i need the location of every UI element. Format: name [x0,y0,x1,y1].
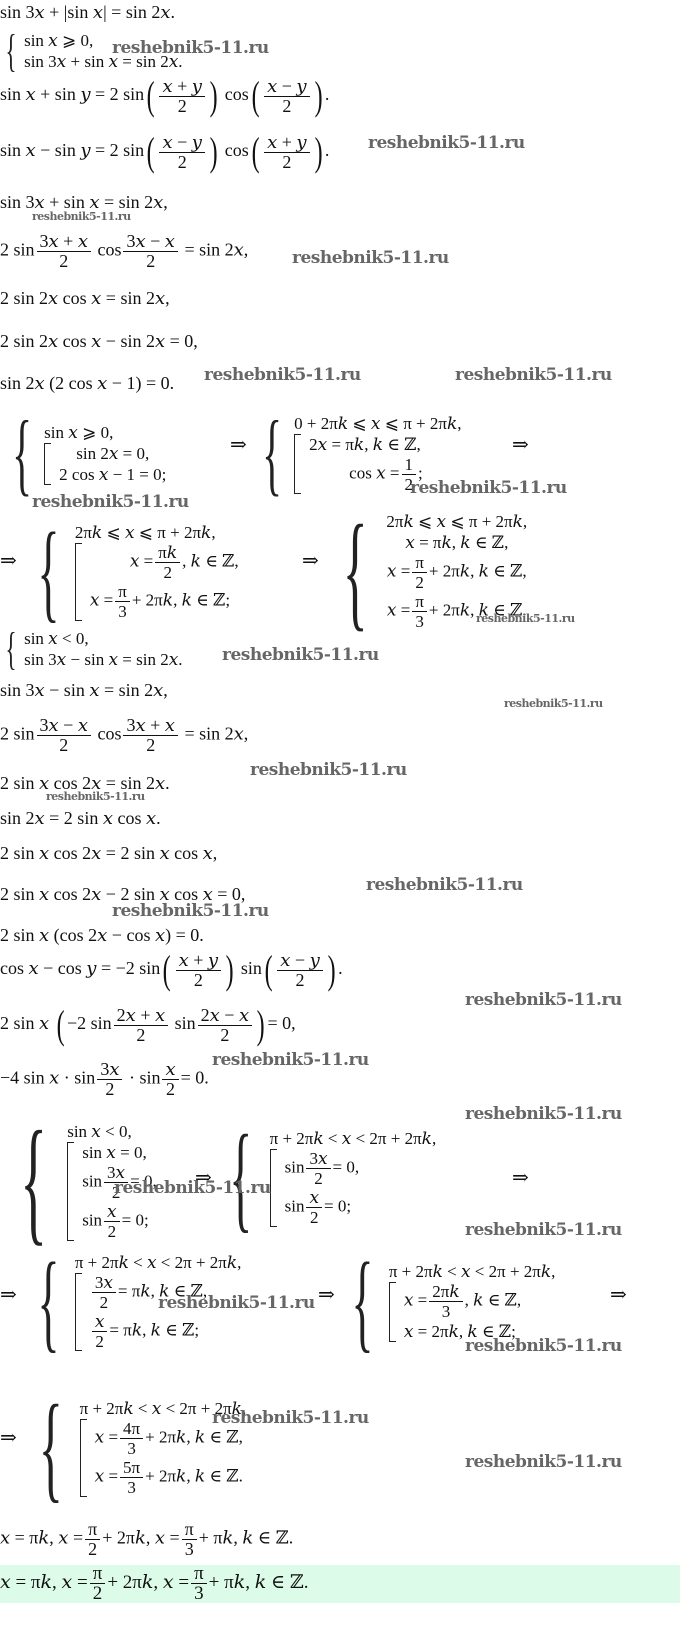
watermark: reshebnik5-11.ru [212,1408,369,1428]
curly-brace-icon: { [351,1238,373,1365]
implies-arrow-icon: ⇒ [318,1282,335,1307]
curly-brace-icon: { [12,400,32,506]
watermark: reshebnik5-11.ru [32,210,131,223]
system-case-2-step: { π + 2π𝑘 < 𝑥 < 2π + 2π𝑘, sin3𝑥2= 0, sin… [212,1108,436,1246]
watermark: reshebnik5-11.ru [292,248,449,268]
curly-brace-icon: { [39,1378,63,1516]
equation-step: 2 sin 2𝑥 cos 𝑥 = sin 2𝑥, [0,288,170,308]
equation-step: sin 3𝑥 + sin 𝑥 = sin 2𝑥, [0,192,168,212]
combined-solution: 𝑥 = π𝑘, 𝑥 =π2+ 2π𝑘, 𝑥 =π3+ π𝑘, 𝑘 ∈ ℤ. [0,1520,293,1559]
implies-arrow-icon: ⇒ [0,1282,17,1307]
equation-factored: sin 2𝑥 (2 cos 𝑥 − 1) = 0. [0,373,174,393]
bracket-icon [67,1142,74,1241]
implies-arrow-icon: ⇒ [512,432,529,457]
curly-brace-icon: { [6,24,17,77]
curly-brace-icon: { [20,1100,47,1261]
watermark: reshebnik5-11.ru [368,133,525,153]
system-sinx-negative: { sin 𝑥 < 0, sin 3𝑥 − sin 𝑥 = sin 2𝑥. [0,622,183,675]
equation-step: sin 3𝑥 − sin 𝑥 = sin 2𝑥, [0,680,168,700]
bracket-icon [75,543,82,621]
system-case-2-solutions: { π + 2π𝑘 < 𝑥 < 2π + 2π𝑘, 𝑥 =4π3+ 2π𝑘, 𝑘… [22,1378,246,1516]
watermark: reshebnik5-11.ru [32,492,189,512]
equation-step: 2 sin 𝑥 (cos 2𝑥 − cos 𝑥) = 0. [0,925,204,945]
watermark: reshebnik5-11.ru [112,38,269,58]
watermark: reshebnik5-11.ru [465,990,622,1010]
implies-arrow-icon: ⇒ [302,548,319,573]
equation-product: −4 sin 𝑥 · sin3𝑥2 · sin𝑥2= 0. [0,1060,209,1099]
watermark: reshebnik5-11.ru [476,612,575,625]
watermark: reshebnik5-11.ru [410,478,567,498]
watermark: reshebnik5-11.ru [204,365,361,385]
implies-arrow-icon: ⇒ [0,548,17,573]
identity-double-angle: sin 2𝑥 = 2 sin 𝑥 cos 𝑥. [0,808,161,828]
equation-step: 2 sin3𝑥 + 𝑥2 cos3𝑥 − 𝑥2 = sin 2𝑥, [0,232,248,271]
equation-step: 2 sin 𝑥 (−2 sin2𝑥 + 𝑥2 sin2𝑥 − 𝑥2)= 0, [0,1005,296,1045]
system-case-1: { sin 𝑥 ⩾ 0, sin 2𝑥 = 0, 2 cos 𝑥 − 1 = 0… [0,400,166,506]
watermark: reshebnik5-11.ru [465,1452,622,1472]
formula-cos-diff: cos 𝑥 − cos 𝑦 = −2 sin(𝑥 + 𝑦2) sin(𝑥 − 𝑦… [0,950,343,990]
equation-step: 2 sin 𝑥 cos 2𝑥 = 2 sin 𝑥 cos 𝑥, [0,843,217,863]
equation-original: sin 3𝑥 + |sin 𝑥| = sin 2𝑥. [0,2,175,22]
watermark: reshebnik5-11.ru [455,365,612,385]
formula-sin-diff: sin 𝑥 − sin 𝑦 = 2 sin(𝑥 − 𝑦2) cos(𝑥 + 𝑦2… [0,132,329,172]
curly-brace-icon: { [6,622,17,675]
watermark: reshebnik5-11.ru [212,1050,369,1070]
watermark: reshebnik5-11.ru [465,1220,622,1240]
formula-sin-sum: sin 𝑥 + sin 𝑦 = 2 sin(𝑥 + 𝑦2) cos(𝑥 − 𝑦2… [0,76,329,116]
bracket-icon [75,1273,82,1351]
curly-brace-icon: { [262,400,282,506]
implies-arrow-icon: ⇒ [230,432,247,457]
equation-step: 2 sin3𝑥 − 𝑥2 cos3𝑥 + 𝑥2 = sin 2𝑥, [0,716,248,755]
watermark: reshebnik5-11.ru [46,790,145,803]
watermark: reshebnik5-11.ru [114,1178,271,1198]
bracket-icon [294,434,301,494]
curly-brace-icon: { [343,496,368,646]
watermark: reshebnik5-11.ru [250,760,407,780]
equation-step: 2 sin 2𝑥 cos 𝑥 − sin 2𝑥 = 0, [0,331,198,351]
watermark: reshebnik5-11.ru [112,901,269,921]
watermark: reshebnik5-11.ru [465,1336,622,1356]
final-answer: 𝑥 = π𝑘, 𝑥 =π2+ 2π𝑘, 𝑥 =π3+ π𝑘, 𝑘 ∈ ℤ. [0,1564,308,1603]
implies-arrow-icon: ⇒ [610,1282,627,1307]
watermark: reshebnik5-11.ru [222,645,379,665]
watermark: reshebnik5-11.ru [465,1104,622,1124]
implies-arrow-icon: ⇒ [0,1425,17,1450]
implies-arrow-icon: ⇒ [512,1165,529,1190]
watermark: reshebnik5-11.ru [158,1293,315,1313]
watermark: reshebnik5-11.ru [504,697,603,710]
curly-brace-icon: { [37,508,59,635]
watermark: reshebnik5-11.ru [366,875,523,895]
system-case-1-roots: { 2π𝑘 ⩽ 𝑥 ⩽ π + 2π𝑘, 𝑥 =π𝑘2, 𝑘 ∈ ℤ, 𝑥 =π… [22,508,239,635]
bracket-icon [44,443,51,485]
bracket-icon [389,1282,396,1342]
curly-brace-icon: { [37,1238,59,1365]
curly-brace-icon: { [229,1108,252,1246]
bracket-icon [80,1419,87,1497]
